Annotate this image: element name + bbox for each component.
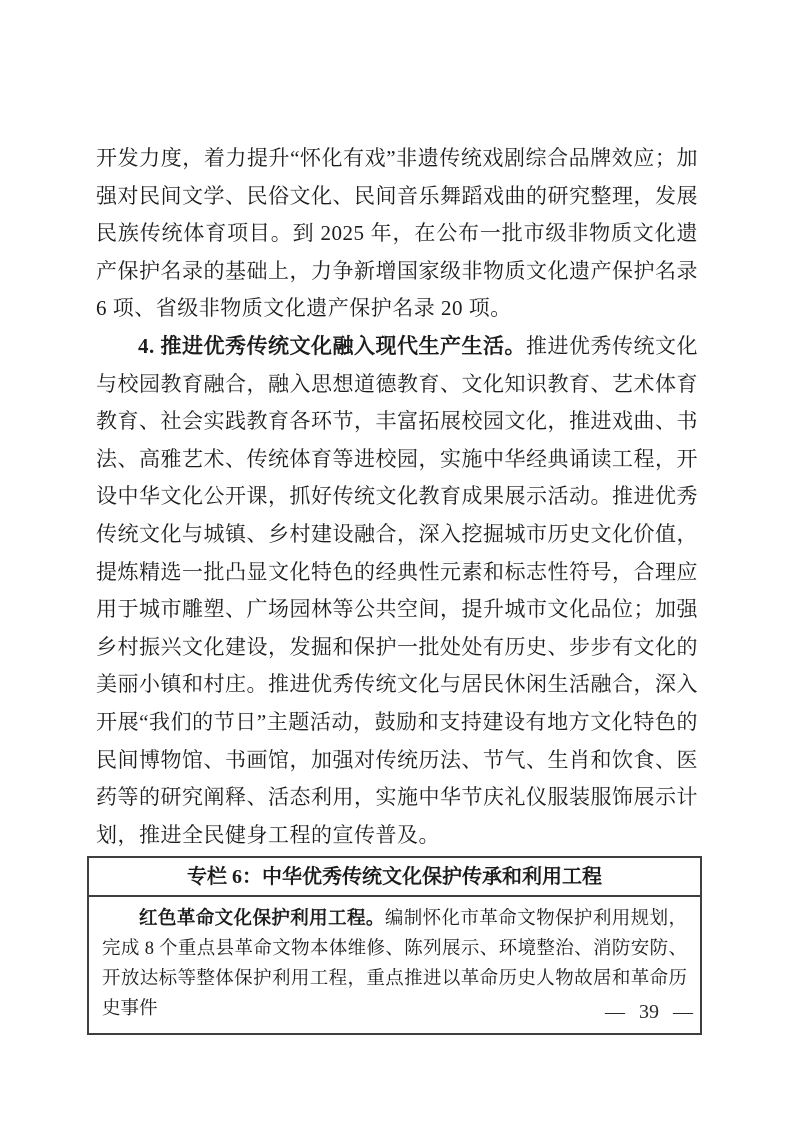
paragraph-continuation: 开发力度，着力提升“怀化有戏”非遗传统戏剧综合品牌效应；加强对民间文学、民俗文化… [96, 140, 698, 328]
footer-left-dash: — [605, 1001, 625, 1023]
paragraph-bold-heading: 4. 推进优秀传统文化融入现代生产生活。 [138, 334, 526, 358]
page-footer: —39— [605, 1000, 693, 1024]
paragraph-item-4: 4. 推进优秀传统文化融入现代生产生活。推进优秀传统文化与校园教育融合，融入思想… [96, 328, 698, 854]
document-page: 开发力度，着力提升“怀化有戏”非遗传统戏剧综合品牌效应；加强对民间文学、民俗文化… [0, 0, 793, 1122]
page-number: 39 [639, 1001, 659, 1023]
paragraph-text: 开发力度，着力提升“怀化有戏”非遗传统戏剧综合品牌效应；加强对民间文学、民俗文化… [96, 146, 698, 320]
column-box-title: 专栏 6：中华优秀传统文化保护传承和利用工程 [89, 858, 700, 897]
column-box-paragraph: 红色革命文化保护利用工程。编制怀化市革命文物保护利用规划，完成 8 个重点县革命… [102, 905, 687, 1024]
column-box-bold-lead: 红色革命文化保护利用工程。 [139, 909, 385, 929]
document-body: 开发力度，着力提升“怀化有戏”非遗传统戏剧综合品牌效应；加强对民间文学、民俗文化… [96, 140, 698, 1035]
footer-right-dash: — [673, 1001, 693, 1023]
paragraph-text: 推进优秀传统文化与校园教育融合，融入思想道德教育、文化知识教育、艺术体育教育、社… [96, 334, 698, 847]
